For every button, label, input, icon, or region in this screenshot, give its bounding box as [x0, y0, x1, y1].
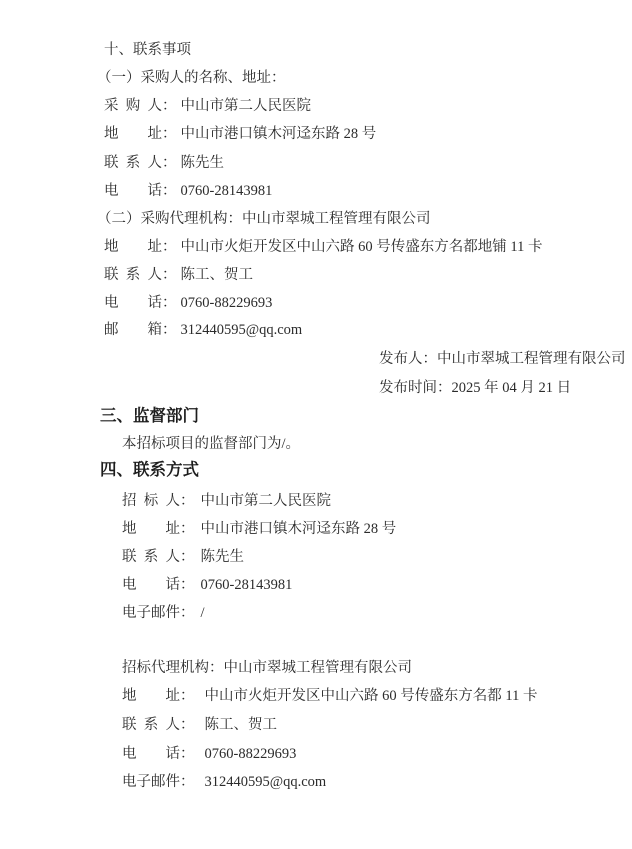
field-label: 联 系 人：	[104, 155, 177, 171]
field-label: 地 址：	[104, 126, 177, 142]
field-value: 0760-28143981	[181, 183, 273, 199]
agency-phone-row: 电 话：0760-88229693	[104, 293, 272, 313]
section3-body: 本招标项目的监督部门为/。	[122, 434, 300, 454]
tenderee-contact-row: 联 系 人：陈先生	[122, 547, 244, 567]
field-label: 电 话：	[104, 295, 177, 311]
field-label: 电子邮件：	[122, 605, 195, 621]
section3-heading: 三、监督部门	[100, 405, 199, 427]
agency-address-row: 地 址：中山市火炬开发区中山六路 60 号传盛东方名都地铺 11 卡	[104, 237, 542, 257]
field-label: 联 系 人：	[122, 549, 195, 565]
field-label: 地 址：	[122, 521, 195, 537]
publish-date-line: 发布时间：2025 年 04 月 21 日	[379, 378, 571, 398]
field-label: 地 址：	[122, 688, 195, 704]
field-value: 陈工、贺工	[181, 267, 254, 283]
tender-agency-contact-row: 联 系 人：陈工、贺工	[122, 715, 277, 735]
field-value: 0760-88229693	[181, 295, 273, 311]
field-label: 采 购 人：	[104, 98, 177, 114]
document-page: 十、联系事项 （一）采购人的名称、地址： 采 购 人：中山市第二人民医院 地 址…	[0, 0, 632, 849]
field-label: 地 址：	[104, 239, 177, 255]
field-label: 电子邮件：	[122, 774, 195, 790]
purchaser-phone-row: 电 话：0760-28143981	[104, 181, 272, 201]
field-value: 中山市第二人民医院	[201, 493, 332, 509]
tenderee-address-row: 地 址：中山市港口镇木河迳东路 28 号	[122, 519, 396, 539]
tenderee-email-row: 电子邮件：/	[122, 603, 205, 623]
field-label: 电 话：	[104, 183, 177, 199]
section10-sub2: （二）采购代理机构：中山市翠城工程管理有限公司	[97, 209, 431, 229]
tenderee-phone-row: 电 话：0760-28143981	[122, 575, 292, 595]
section4-heading: 四、联系方式	[100, 459, 199, 481]
field-value: 陈先生	[201, 549, 245, 565]
field-value: 0760-88229693	[205, 746, 297, 762]
field-value: 中山市港口镇木河迳东路 28 号	[181, 126, 377, 142]
purchaser-contact-row: 联 系 人：陈先生	[104, 153, 224, 173]
field-label: 邮 箱：	[104, 322, 177, 338]
field-value: 中山市第二人民医院	[181, 98, 312, 114]
section10-heading: 十、联系事项	[104, 40, 191, 60]
field-value: 312440595@qq.com	[205, 774, 327, 790]
agency-email-row: 邮 箱：312440595@qq.com	[104, 320, 302, 340]
tender-agency-email-row: 电子邮件：312440595@qq.com	[122, 772, 326, 792]
field-value: 中山市火炬开发区中山六路 60 号传盛东方名都地铺 11 卡	[181, 239, 543, 255]
field-label: 电 话：	[122, 577, 195, 593]
field-value: 中山市火炬开发区中山六路 60 号传盛东方名都 11 卡	[205, 688, 538, 704]
field-label: 联 系 人：	[104, 267, 177, 283]
field-value: 中山市港口镇木河迳东路 28 号	[201, 521, 397, 537]
purchaser-name-row: 采 购 人：中山市第二人民医院	[104, 96, 311, 116]
field-value: /	[201, 605, 205, 621]
purchaser-address-row: 地 址：中山市港口镇木河迳东路 28 号	[104, 124, 376, 144]
field-label: 电 话：	[122, 746, 195, 762]
field-value: 陈先生	[181, 155, 225, 171]
field-value: 312440595@qq.com	[181, 322, 303, 338]
field-value: 0760-28143981	[201, 577, 293, 593]
agency-contact-row: 联 系 人：陈工、贺工	[104, 265, 253, 285]
publisher-line: 发布人：中山市翠城工程管理有限公司	[379, 349, 626, 369]
field-label: 招 标 人：	[122, 493, 195, 509]
tender-agency-heading: 招标代理机构：中山市翠城工程管理有限公司	[122, 658, 412, 678]
field-value: 陈工、贺工	[205, 717, 278, 733]
field-label: 联 系 人：	[122, 717, 195, 733]
tenderee-name-row: 招 标 人：中山市第二人民医院	[122, 491, 331, 511]
section10-sub1: （一）采购人的名称、地址：	[97, 68, 286, 88]
tender-agency-phone-row: 电 话：0760-88229693	[122, 744, 296, 764]
tender-agency-address-row: 地 址：中山市火炬开发区中山六路 60 号传盛东方名都 11 卡	[122, 686, 537, 706]
